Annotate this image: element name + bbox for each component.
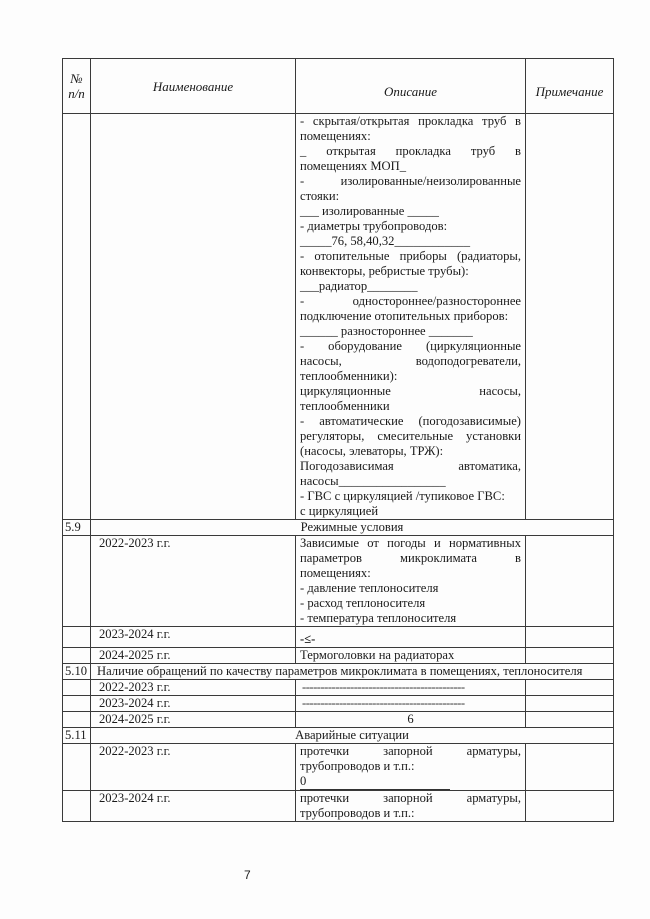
table-row: 2024-2025 г.г. Термоголовки на радиатора… [63, 648, 614, 664]
row-description: -≤- [296, 627, 526, 648]
table-row: 2023-2024 г.г. -------------------------… [63, 696, 614, 712]
heating-system-table: № п/п Наименование Описание Примечание -… [62, 58, 614, 822]
row-description: Зависимые от погоды и нормативных параме… [296, 536, 526, 627]
row-description: ----------------------------------------… [296, 696, 526, 712]
row-description: ----------------------------------------… [296, 680, 526, 696]
section-title: Аварийные ситуации [91, 728, 614, 744]
year-label: 2024-2025 г.г. [91, 648, 296, 664]
table-row: 2024-2025 г.г. 6 [63, 712, 614, 728]
table-row: 2023-2024 г.г. -≤- [63, 627, 614, 648]
year-label: 2022-2023 г.г. [91, 680, 296, 696]
section-number: 5.10 [63, 664, 91, 680]
section-row-5-9: 5.9 Режимные условия [63, 520, 614, 536]
section-row-5-10: 5.10 Наличие обращений по качеству парам… [63, 664, 614, 680]
page-number: 7 [244, 868, 251, 882]
table-row: 2022-2023 г.г. Зависимые от погоды и нор… [63, 536, 614, 627]
header-name: Наименование [91, 59, 296, 114]
table-row: 2022-2023 г.г. -------------------------… [63, 680, 614, 696]
year-label: 2023-2024 г.г. [91, 791, 296, 822]
continuation-row: - скрытая/открытая прокладка труб в поме… [63, 114, 614, 520]
header-note: Примечание [526, 59, 614, 114]
year-label: 2023-2024 г.г. [91, 627, 296, 648]
row-description: протечки запорной арматуры, трубопроводо… [296, 744, 526, 791]
row-description: протечки запорной арматуры, трубопроводо… [296, 791, 526, 822]
section-title: Наличие обращений по качеству параметров… [91, 664, 614, 680]
row-description: Термоголовки на радиаторах [296, 648, 526, 664]
header-num: № п/п [63, 59, 91, 114]
table-row: 2022-2023 г.г. протечки запорной арматур… [63, 744, 614, 791]
year-label: 2023-2024 г.г. [91, 696, 296, 712]
header-description: Описание [296, 59, 526, 114]
section-row-5-11: 5.11 Аварийные ситуации [63, 728, 614, 744]
row-description: 6 [296, 712, 526, 728]
section-title: Режимные условия [91, 520, 614, 536]
section-number: 5.9 [63, 520, 91, 536]
section-number: 5.11 [63, 728, 91, 744]
table-header-row: № п/п Наименование Описание Примечание [63, 59, 614, 114]
year-label: 2022-2023 г.г. [91, 536, 296, 627]
table-row: 2023-2024 г.г. протечки запорной арматур… [63, 791, 614, 822]
year-label: 2024-2025 г.г. [91, 712, 296, 728]
year-label: 2022-2023 г.г. [91, 744, 296, 791]
continuation-description: - скрытая/открытая прокладка труб в поме… [296, 114, 526, 520]
document-page: № п/п Наименование Описание Примечание -… [0, 0, 650, 919]
